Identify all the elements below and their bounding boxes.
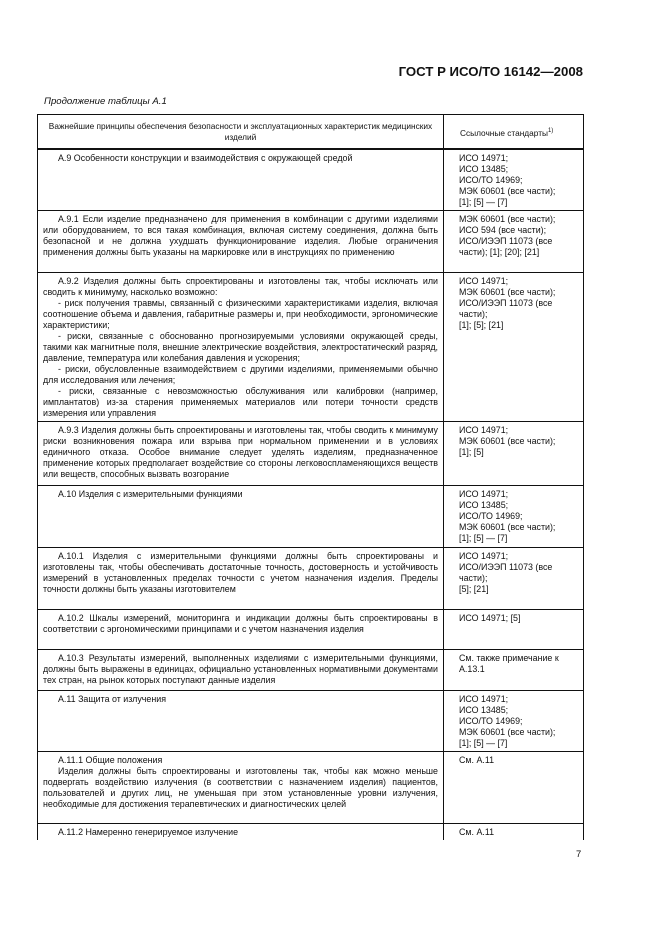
table-row: А.9.2 Изделия должны быть спроектированы… xyxy=(38,273,584,422)
principle-cell: А.9.1 Если изделие предназначено для при… xyxy=(38,211,444,273)
reference-line: ИСО 13485; xyxy=(459,705,578,716)
principle-cell: А.11.1 Общие положенияИзделия должны быт… xyxy=(38,752,444,824)
reference-line: [1]; [5] xyxy=(459,447,578,458)
references-cell: ИСО 14971;ИСО 13485;ИСО/ТО 14969;МЭК 606… xyxy=(444,486,584,548)
reference-line: ИСО/ТО 14969; xyxy=(459,716,578,727)
principle-paragraph: - риски, обусловленные взаимодействием с… xyxy=(43,364,438,386)
column-header-references: Ссылочные стандарты1) xyxy=(444,115,584,150)
references-cell: См. А.11 xyxy=(444,824,584,841)
references-cell: ИСО 14971;МЭК 60601 (все части);ИСО/ИЭЭП… xyxy=(444,273,584,422)
reference-line: МЭК 60601 (все части); xyxy=(459,186,578,197)
reference-line: ИСО 14971; xyxy=(459,551,578,562)
reference-line: ИСО 14971; xyxy=(459,489,578,500)
reference-line: ИСО/ТО 14969; xyxy=(459,511,578,522)
principle-cell: А.10 Изделия с измерительными функциями xyxy=(38,486,444,548)
reference-line: ИСО 14971; xyxy=(459,425,578,436)
reference-line: ИСО 14971; xyxy=(459,276,578,287)
reference-line: ИСО/ИЭЭП 11073 (все части); xyxy=(459,562,578,584)
principle-paragraph: А.11.1 Общие положения xyxy=(43,755,438,766)
column-header-principles: Важнейшие принципы обеспечения безопасно… xyxy=(38,115,444,150)
table-row: А.11 Защита от излученияИСО 14971;ИСО 13… xyxy=(38,691,584,752)
reference-line: [1]; [5] — [7] xyxy=(459,197,578,208)
principle-cell: А.9 Особенности конструкции и взаимодейс… xyxy=(38,149,444,211)
reference-line: См. А.11 xyxy=(459,827,578,838)
reference-line: ИСО 14971; xyxy=(459,153,578,164)
table-row: А.9.1 Если изделие предназначено для при… xyxy=(38,211,584,273)
reference-line: ИСО 594 (все части); xyxy=(459,225,578,236)
table-row: А.10.2 Шкалы измерений, мониторинга и ин… xyxy=(38,610,584,650)
principle-cell: А.11.2 Намеренно генерируемое излучение xyxy=(38,824,444,841)
references-cell: См. также примечание к А.13.1 xyxy=(444,650,584,691)
references-cell: ИСО 14971; [5] xyxy=(444,610,584,650)
references-cell: ИСО 14971;ИСО 13485;ИСО/ТО 14969;МЭК 606… xyxy=(444,691,584,752)
document-code: ГОСТ Р ИСО/ТО 16142—2008 xyxy=(399,64,583,79)
footnote-marker: 1) xyxy=(548,128,553,134)
reference-line: [1]; [5] — [7] xyxy=(459,533,578,544)
table-caption: Продолжение таблицы А.1 xyxy=(44,96,167,107)
principle-cell: А.9.2 Изделия должны быть спроектированы… xyxy=(38,273,444,422)
table-row: А.9.3 Изделия должны быть спроектированы… xyxy=(38,422,584,486)
reference-line: ИСО/ИЭЭП 11073 (все части); [1]; [20]; [… xyxy=(459,236,578,258)
reference-line: См. А.11 xyxy=(459,755,578,766)
table-row: А.11.2 Намеренно генерируемое излучениеС… xyxy=(38,824,584,841)
principle-paragraph: А.9.1 Если изделие предназначено для при… xyxy=(43,214,438,258)
principle-paragraph: А.11 Защита от излучения xyxy=(43,694,438,705)
principle-paragraph: А.10.1 Изделия с измерительными функциям… xyxy=(43,551,438,595)
reference-line: См. также примечание к А.13.1 xyxy=(459,653,578,675)
reference-line: ИСО 13485; xyxy=(459,500,578,511)
reference-line: МЭК 60601 (все части); xyxy=(459,436,578,447)
principle-paragraph: - риск получения травмы, связанный с физ… xyxy=(43,298,438,331)
references-cell: МЭК 60601 (все части);ИСО 594 (все части… xyxy=(444,211,584,273)
principle-paragraph: А.10 Изделия с измерительными функциями xyxy=(43,489,438,500)
reference-line: ИСО 14971; xyxy=(459,694,578,705)
principle-paragraph: А.9 Особенности конструкции и взаимодейс… xyxy=(43,153,438,164)
table-row: А.10.1 Изделия с измерительными функциям… xyxy=(38,548,584,610)
reference-line: ИСО 14971; [5] xyxy=(459,613,578,624)
reference-line: [5]; [21] xyxy=(459,584,578,595)
principle-cell: А.11 Защита от излучения xyxy=(38,691,444,752)
principle-cell: А.10.1 Изделия с измерительными функциям… xyxy=(38,548,444,610)
table-row: А.10.3 Результаты измерений, выполненных… xyxy=(38,650,584,691)
column-header-references-label: Ссылочные стандарты xyxy=(460,128,548,138)
table-body: А.9 Особенности конструкции и взаимодейс… xyxy=(38,149,584,840)
reference-line: МЭК 60601 (все части); xyxy=(459,214,578,225)
principle-paragraph: А.9.2 Изделия должны быть спроектированы… xyxy=(43,276,438,298)
reference-line: МЭК 60601 (все части); xyxy=(459,727,578,738)
reference-line: ИСО/ТО 14969; xyxy=(459,175,578,186)
reference-line: [1]; [5] — [7] xyxy=(459,738,578,749)
reference-line: ИСО 13485; xyxy=(459,164,578,175)
principle-paragraph: Изделия должны быть спроектированы и изг… xyxy=(43,766,438,810)
reference-line: МЭК 60601 (все части); xyxy=(459,287,578,298)
requirements-table: Важнейшие принципы обеспечения безопасно… xyxy=(37,114,584,840)
principle-cell: А.10.3 Результаты измерений, выполненных… xyxy=(38,650,444,691)
table-row: А.9 Особенности конструкции и взаимодейс… xyxy=(38,149,584,211)
principle-paragraph: А.9.3 Изделия должны быть спроектированы… xyxy=(43,425,438,480)
table-header-row: Важнейшие принципы обеспечения безопасно… xyxy=(38,115,584,150)
references-cell: ИСО 14971;ИСО/ИЭЭП 11073 (все части);[5]… xyxy=(444,548,584,610)
table-row: А.11.1 Общие положенияИзделия должны быт… xyxy=(38,752,584,824)
principle-paragraph: А.10.2 Шкалы измерений, мониторинга и ин… xyxy=(43,613,438,635)
references-cell: ИСО 14971;ИСО 13485;ИСО/ТО 14969;МЭК 606… xyxy=(444,149,584,211)
principle-paragraph: А.11.2 Намеренно генерируемое излучение xyxy=(43,827,438,838)
table-row: А.10 Изделия с измерительными функциямиИ… xyxy=(38,486,584,548)
principle-paragraph: А.10.3 Результаты измерений, выполненных… xyxy=(43,653,438,686)
principle-cell: А.10.2 Шкалы измерений, мониторинга и ин… xyxy=(38,610,444,650)
principle-paragraph: - риски, связанные с обоснованно прогноз… xyxy=(43,331,438,364)
page-number: 7 xyxy=(576,849,581,860)
references-cell: ИСО 14971;МЭК 60601 (все части);[1]; [5] xyxy=(444,422,584,486)
principle-cell: А.9.3 Изделия должны быть спроектированы… xyxy=(38,422,444,486)
reference-line: МЭК 60601 (все части); xyxy=(459,522,578,533)
reference-line: [1]; [5]; [21] xyxy=(459,320,578,331)
principle-paragraph: - риски, связанные с невозможностью обсл… xyxy=(43,386,438,419)
reference-line: ИСО/ИЭЭП 11073 (все части); xyxy=(459,298,578,320)
references-cell: См. А.11 xyxy=(444,752,584,824)
